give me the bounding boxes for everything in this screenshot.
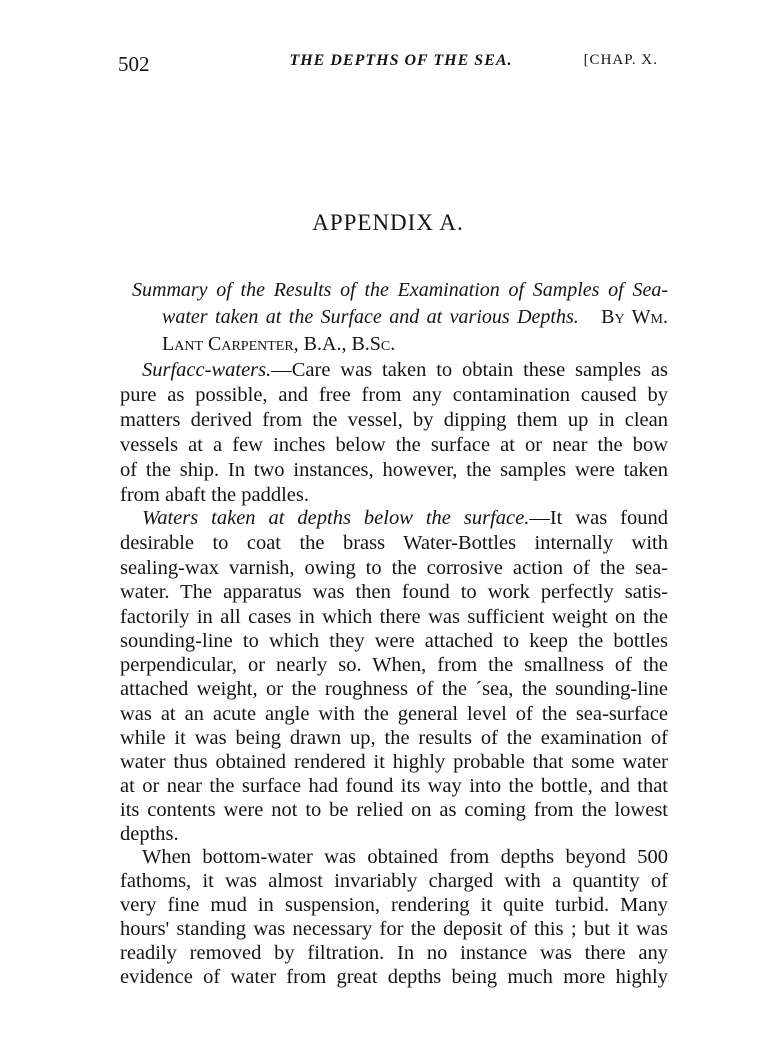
running-head: 502 THE DEPTHS OF THE SEA. [CHAP. X. [118, 52, 658, 74]
paragraph-line: of the ship. In two instances, however, … [120, 456, 668, 484]
paragraph-line: water. The apparatus was then found to w… [120, 578, 668, 606]
running-title: THE DEPTHS OF THE SEA. [118, 52, 658, 70]
paragraph-line: vessels at a few inches below the surfac… [120, 431, 668, 459]
appendix-title: APPENDIX A. [0, 210, 776, 236]
paragraph-line: matters derived from the vessel, by dipp… [120, 406, 668, 434]
paragraph-line: Waters taken at depths below the surface… [142, 504, 668, 532]
subtitle-author-line: Lant Carpenter, B.A., B.Sc. [162, 330, 668, 358]
paragraph-line: Surfacc-waters.—Care was taken to obtain… [142, 356, 668, 384]
book-page: 502 THE DEPTHS OF THE SEA. [CHAP. X. APP… [0, 0, 776, 1050]
author-name: Lant Carpenter, B.A., B.Sc. [162, 330, 668, 358]
paragraph-line: pure as possible, and free from any cont… [120, 381, 668, 409]
section-heading: Waters taken at depths below the surface… [142, 507, 529, 529]
byline-prefix: By Wm. [601, 306, 668, 328]
section-heading: Surfacc-waters. [142, 359, 271, 381]
paragraph-line: evidence of water from great depths bein… [120, 963, 668, 991]
subtitle-line: water taken at the Surface and at variou… [162, 303, 668, 331]
subtitle-line: Summary of the Results of the Examinatio… [132, 276, 668, 304]
paragraph-line: desirable to coat the brass Water-Bottle… [120, 529, 668, 557]
paragraph-line: attached weight, or the roughness of the… [120, 675, 668, 703]
chapter-reference: [CHAP. X. [584, 52, 658, 69]
